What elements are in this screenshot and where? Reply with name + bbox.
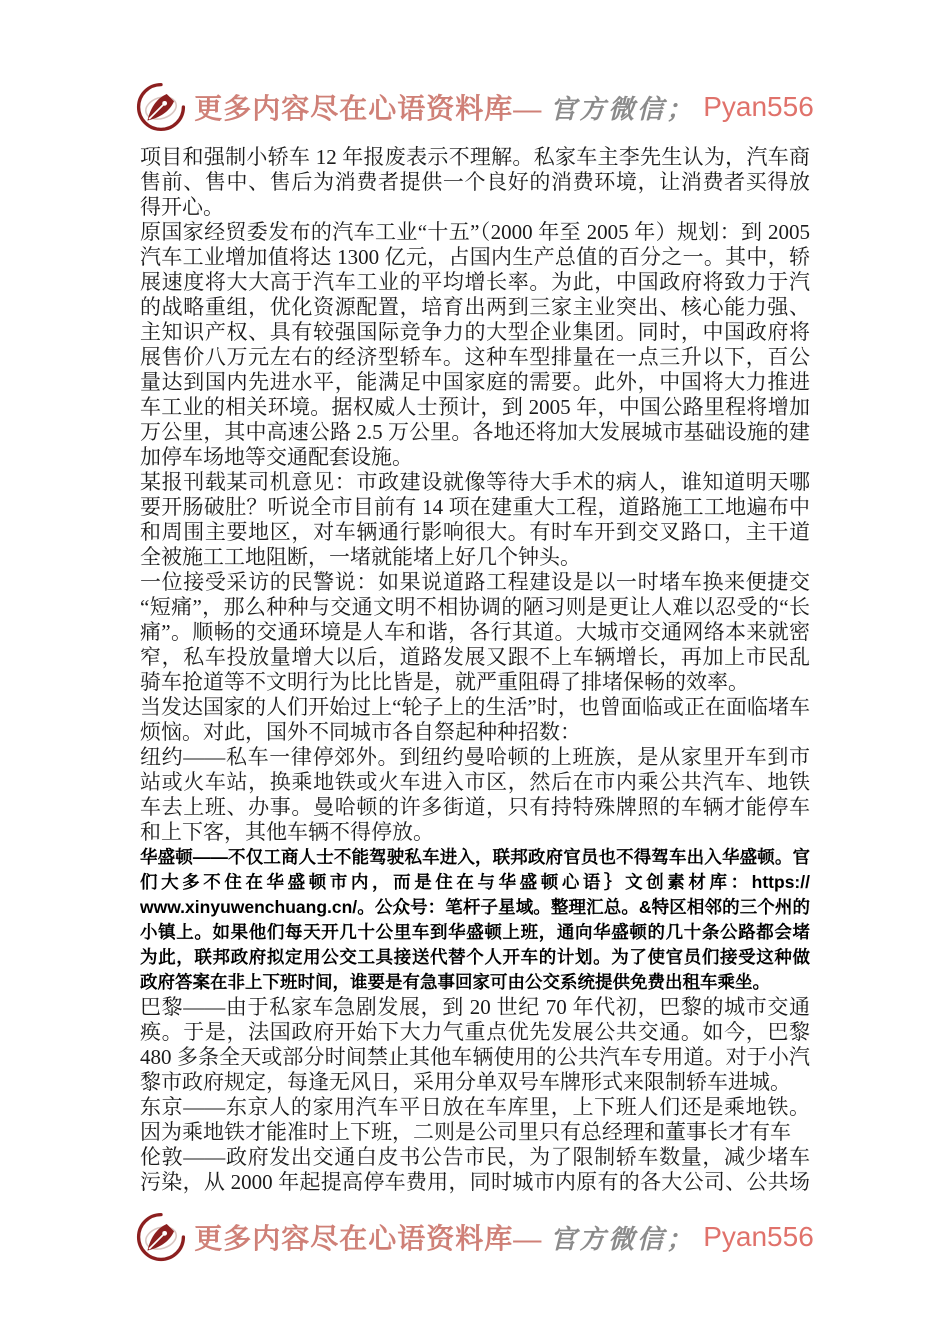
text-line: 骑车抢道等不文明行为比比皆是，就严重阻碍了排堵保畅的效率。 [140,670,810,695]
watermark-text: 更多内容尽在心语资料库— [194,87,542,127]
watermark-header: 更多内容尽在心语资料库— 官方微信； Pyan556 [0,82,950,132]
watermark-wechat-id: Pyan556 [703,1221,814,1253]
text-line: 小镇上。如果他们每天开几十公里车到华盛顿上班，通向华盛顿的几十条公路都会堵车。 [140,920,810,945]
text-line: 痛”。顺畅的交通环境是人车和谐，各行其道。大城市交通网络本来就密集狭 [140,620,810,645]
text-line: 加停车场地等交通配套设施。 [140,445,810,470]
text-line: 污染，从 2000 年起提高停车费用，同时城市内原有的各大公司、公共场所的免 [140,1170,810,1195]
text-line: 为此，联邦政府拟定用公交工具接送代替个人开车的计划。为了使官员们接受这种做法， [140,945,810,970]
text-line: 华盛顿——不仅工商人士不能驾驶私车进入，联邦政府官员也不得驾车出入华盛顿。官员 [140,845,810,870]
text-line: 烦恼。对此，国外不同城市各自祭起种种招数： [140,720,810,745]
text-line: 一位接受采访的民警说：如果说道路工程建设是以一时堵车换来便捷交通的 [140,570,810,595]
text-line: 因为乘地铁才能准时上下班，二则是公司里只有总经理和董事长才有车位。 [140,1120,810,1145]
text-line: 480 多条全天或部分时间禁止其他车辆使用的公共汽车专用道。对于小汽车，巴 [140,1045,810,1070]
text-line: 和周围主要地区，对车辆通行影响很大。有时车开到交叉路口，主干道的交通 [140,520,810,545]
text-line: 和上下客，其他车辆不得停放。 [140,820,810,845]
text-line: “短痛”，那么种种与交通文明不相协调的陋习则是更让人难以忍受的“长 [140,595,810,620]
text-line: 纽约——私车一律停郊外。到纽约曼哈顿的上班族，是从家里开车到市郊地铁 [140,745,810,770]
text-line: 巴黎——由于私家车急剧发展，到 20 世纪 70 年代初，巴黎的城市交通几近瘫 [140,995,810,1020]
text-line: 原国家经贸委发布的汽车工业“十五”（2000 年至 2005 年）规划：到 20… [140,220,810,245]
text-line: 售前、售中、售后为消费者提供一个良好的消费环境，让消费者买得放心，用 [140,170,810,195]
text-line: 当发达国家的人们开始过上“轮子上的生活”时，也曾面临或正在面临堵车的 [140,695,810,720]
watermark-wechat-label: 官方微信； [550,1219,695,1256]
text-line: 痪。于是，法国政府开始下大力气重点优先发展公共交通。如今，巴黎设置了 [140,1020,810,1045]
text-line: 的战略重组，优化资源配置，培育出两到三家主业突出、核心能力强、拥有自 [140,295,810,320]
text-line: 全被施工工地阻断，一堵就能堵上好几个钟头。 [140,545,810,570]
text-line: 展速度将大大高于汽车工业的平均增长率。为此，中国政府将致力于汽车工业 [140,270,810,295]
pen-nib-logo-icon [136,1212,186,1262]
document-lines: 项目和强制小轿车 12 年报废表示不理解。私家车主李先生认为，汽车商家应在售前、… [140,145,810,1195]
watermark-text: 更多内容尽在心语资料库— [194,1217,542,1257]
text-line: 万公里，其中高速公路 2.5 万公里。各地还将加大发展城市基础设施的建设，增 [140,420,810,445]
text-line: 伦敦——政府发出交通白皮书公告市民，为了限制轿车数量，减少堵车和空气 [140,1145,810,1170]
text-line: 窄，私车投放量增大以后，道路发展又跟不上车辆增长，再加上市民乱穿马路、 [140,645,810,670]
text-line: 黎市政府规定，每逢无风日，采用分单双号车牌形式来限制轿车进城。 [140,1070,810,1095]
text-line: 东京——东京人的家用汽车平日放在车库里，上下班人们还是乘地铁。一则是 [140,1095,810,1120]
text-line: 汽车工业增加值将达 1300 亿元，占国内生产总值的百分之一。其中，轿车的发 [140,245,810,270]
watermark-footer: 更多内容尽在心语资料库— 官方微信； Pyan556 [0,1212,950,1262]
text-line: 某报刊载某司机意见：市政建设就像等待大手术的病人，谁知道明天哪条路又 [140,470,810,495]
text-line: 站或火车站，换乘地铁或火车进入市区，然后在市内乘公共汽车、地铁或出租 [140,770,810,795]
text-line: 车去上班、办事。曼哈顿的许多街道，只有持特殊牌照的车辆才能停车上下货 [140,795,810,820]
text-line: 得开心。 [140,195,810,220]
text-line: www.xinyuwenchuang.cn/。公众号：笔杆子星域。整理汇总。&特… [140,895,810,920]
text-line: 政府答案在非上下班时间，谁要是有急事回家可由公交系统提供免费出租车乘坐。 [140,970,810,995]
text-line: 要开肠破肚？听说全市目前有 14 项在建重大工程，道路施工工地遍布中心城区 [140,495,810,520]
pen-nib-logo-icon [136,82,186,132]
watermark-wechat-id: Pyan556 [703,91,814,123]
text-line: 车工业的相关环境。据权威人士预计，到 2005 年，中国公路里程将增加至 160 [140,395,810,420]
text-line: 量达到国内先进水平，能满足中国家庭的需要。此外，中国将大力推进发展汽 [140,370,810,395]
text-line: 项目和强制小轿车 12 年报废表示不理解。私家车主李先生认为，汽车商家应在 [140,145,810,170]
text-line: 主知识产权、具有较强国际竞争力的大型企业集团。同时，中国政府将积极发 [140,320,810,345]
text-line: 们大多不住在华盛顿市内，而是住在与华盛顿心语｝文创素材库：https:// [140,870,810,895]
watermark-wechat-label: 官方微信； [550,89,695,126]
text-line: 展售价八万元左右的经济型轿车。这种车型排量在一点三升以下，百公里油耗 [140,345,810,370]
